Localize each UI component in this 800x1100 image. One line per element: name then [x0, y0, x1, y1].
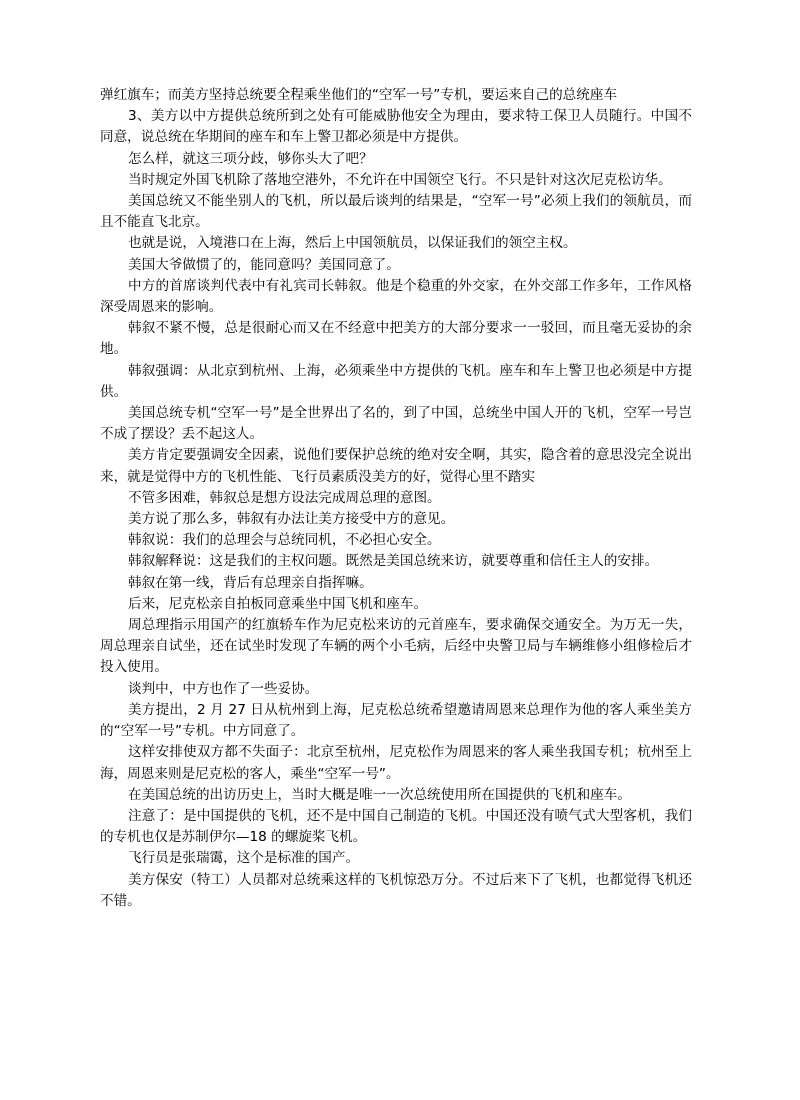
paragraph: 美方说了那么多，韩叙有办法让美方接受中方的意见。: [100, 509, 692, 530]
paragraph: 这样安排使双方都不失面子：北京至杭州，尼克松作为周恩来的客人乘坐我国专机；杭州至…: [100, 742, 692, 784]
paragraph: 当时规定外国飞机除了落地空港外，不允许在中国领空飞行。不只是针对这次尼克松访华。: [100, 170, 692, 191]
paragraph: 注意了：是中国提供的飞机，还不是中国自己制造的飞机。中国还没有喷气式大型客机，我…: [100, 806, 692, 848]
document-page: 弹红旗车；而美方坚持总统要全程乘坐他们的“空军一号”专机，要运来自己的总统座车 …: [100, 85, 692, 912]
paragraph: 美方提出，2 月 27 日从杭州到上海，尼克松总统希望邀请周恩来总理作为他的客人…: [100, 700, 692, 742]
paragraph: 弹红旗车；而美方坚持总统要全程乘坐他们的“空军一号”专机，要运来自己的总统座车: [100, 85, 692, 106]
paragraph: 美国总统又不能坐别人的飞机，所以最后谈判的结果是，“空军一号”必须上我们的领航员…: [100, 191, 692, 233]
paragraph: 不管多困难，韩叙总是想方设法完成周总理的意图。: [100, 488, 692, 509]
paragraph: 也就是说，入境港口在上海，然后上中国领航员，以保证我们的领空主权。: [100, 233, 692, 254]
paragraph: 在美国总统的出访历史上，当时大概是唯一一次总统使用所在国提供的飞机和座车。: [100, 785, 692, 806]
paragraph: 周总理指示用国产的红旗轿车作为尼克松来访的元首座车，要求确保交通安全。为万无一失…: [100, 615, 692, 679]
paragraph: 韩叙在第一线，背后有总理亲自指挥嘛。: [100, 573, 692, 594]
paragraph: 中方的首席谈判代表中有礼宾司长韩叙。他是个稳重的外交家，在外交部工作多年，工作风…: [100, 276, 692, 318]
paragraph: 韩叙解释说：这是我们的主权问题。既然是美国总统来访，就要尊重和信任主人的安排。: [100, 551, 692, 572]
paragraph: 美方肯定要强调安全因素，说他们要保护总统的绝对安全啊，其实，隐含着的意思没完全说…: [100, 445, 692, 487]
paragraph: 韩叙不紧不慢，总是很耐心而又在不经意中把美方的大部分要求一一驳回，而且毫无妥协的…: [100, 318, 692, 360]
paragraph: 飞行员是张瑞霭，这个是标准的国产。: [100, 848, 692, 869]
paragraph: 谈判中，中方也作了一些妥协。: [100, 679, 692, 700]
paragraph: 韩叙说：我们的总理会与总统同机，不必担心安全。: [100, 530, 692, 551]
paragraph: 韩叙强调：从北京到杭州、上海，必须乘坐中方提供的飞机。座车和车上警卫也必须是中方…: [100, 361, 692, 403]
paragraph: 怎么样，就这三项分歧，够你头大了吧？: [100, 149, 692, 170]
paragraph: 美国大爷做惯了的，能同意吗？美国同意了。: [100, 255, 692, 276]
paragraph: 3、美方以中方提供总统所到之处有可能威胁他安全为理由，要求特工保卫人员随行。中国…: [100, 106, 692, 148]
paragraph: 后来，尼克松亲自拍板同意乘坐中国飞机和座车。: [100, 594, 692, 615]
paragraph: 美方保安（特工）人员都对总统乘这样的飞机惊恐万分。不过后来下了飞机，也都觉得飞机…: [100, 870, 692, 912]
paragraph: 美国总统专机“空军一号”是全世界出了名的，到了中国，总统坐中国人开的飞机，空军一…: [100, 403, 692, 445]
